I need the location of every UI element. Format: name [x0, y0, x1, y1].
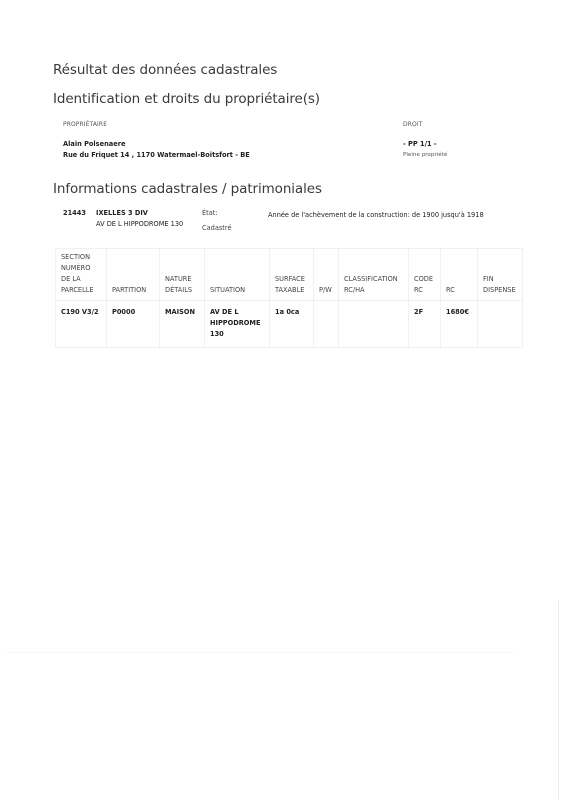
page-title: Résultat des données cadastrales: [53, 62, 277, 78]
table-cell: [314, 301, 339, 348]
parcel-state-label: État:: [202, 208, 232, 219]
column-header: RC: [441, 249, 478, 301]
scan-artifact-edge: [558, 600, 559, 800]
column-header: CODE RC: [409, 249, 441, 301]
table-cell: 1680€: [441, 301, 478, 348]
column-header: SECTION NUMÉRO DE LA PARCELLE: [56, 249, 107, 301]
column-header: SURFACE TAXABLE: [270, 249, 314, 301]
owner-address: Rue du Friquet 14 , 1170 Watermael-Boits…: [63, 151, 250, 159]
parcel-state: État: Cadastré: [202, 208, 232, 234]
column-header: SITUATION: [205, 249, 270, 301]
table-body: C190 V3/2P0000MAISONAV DE L HIPPODROME 1…: [56, 301, 523, 348]
table-cell: [478, 301, 523, 348]
table-cell: 1a 0ca: [270, 301, 314, 348]
table-cell: AV DE L HIPPODROME 130: [205, 301, 270, 348]
parcel-code: 21443: [63, 208, 86, 219]
table-cell: [339, 301, 409, 348]
owner-column-label: PROPRIÉTAIRE: [63, 121, 107, 128]
table-header-row: SECTION NUMÉRO DE LA PARCELLEPARTITIONNA…: [56, 249, 523, 301]
right-column-label: DROIT: [403, 121, 422, 128]
parcel-division: IXELLES 3 DIV: [96, 208, 206, 219]
scan-artifact-line: [5, 652, 515, 653]
table-cell: P0000: [107, 301, 160, 348]
table-cell: MAISON: [160, 301, 205, 348]
right-description: Pleine propriété: [403, 152, 447, 158]
owner-name: Alain Polsenaere: [63, 140, 125, 148]
parcel-state-value: Cadastré: [202, 223, 232, 234]
parcel-address: AV DE L HIPPODROME 130: [96, 219, 206, 230]
parcel-location: IXELLES 3 DIV AV DE L HIPPODROME 130: [96, 208, 206, 230]
column-header: NATURE DÉTAILS: [160, 249, 205, 301]
right-value: - PP 1/1 -: [403, 140, 437, 148]
column-header: PARTITION: [107, 249, 160, 301]
column-header: FIN DISPENSE: [478, 249, 523, 301]
table-cell: C190 V3/2: [56, 301, 107, 348]
table-row: C190 V3/2P0000MAISONAV DE L HIPPODROME 1…: [56, 301, 523, 348]
owner-section-title: Identification et droits du propriétaire…: [53, 91, 320, 107]
cadastral-table: SECTION NUMÉRO DE LA PARCELLEPARTITIONNA…: [55, 248, 523, 348]
cadastral-section-title: Informations cadastrales / patrimoniales: [53, 181, 322, 197]
column-header: CLASSIFICATION RC/HA: [339, 249, 409, 301]
table-cell: 2F: [409, 301, 441, 348]
construction-year: Année de l'achèvement de la construction…: [268, 208, 508, 223]
column-header: P/W: [314, 249, 339, 301]
